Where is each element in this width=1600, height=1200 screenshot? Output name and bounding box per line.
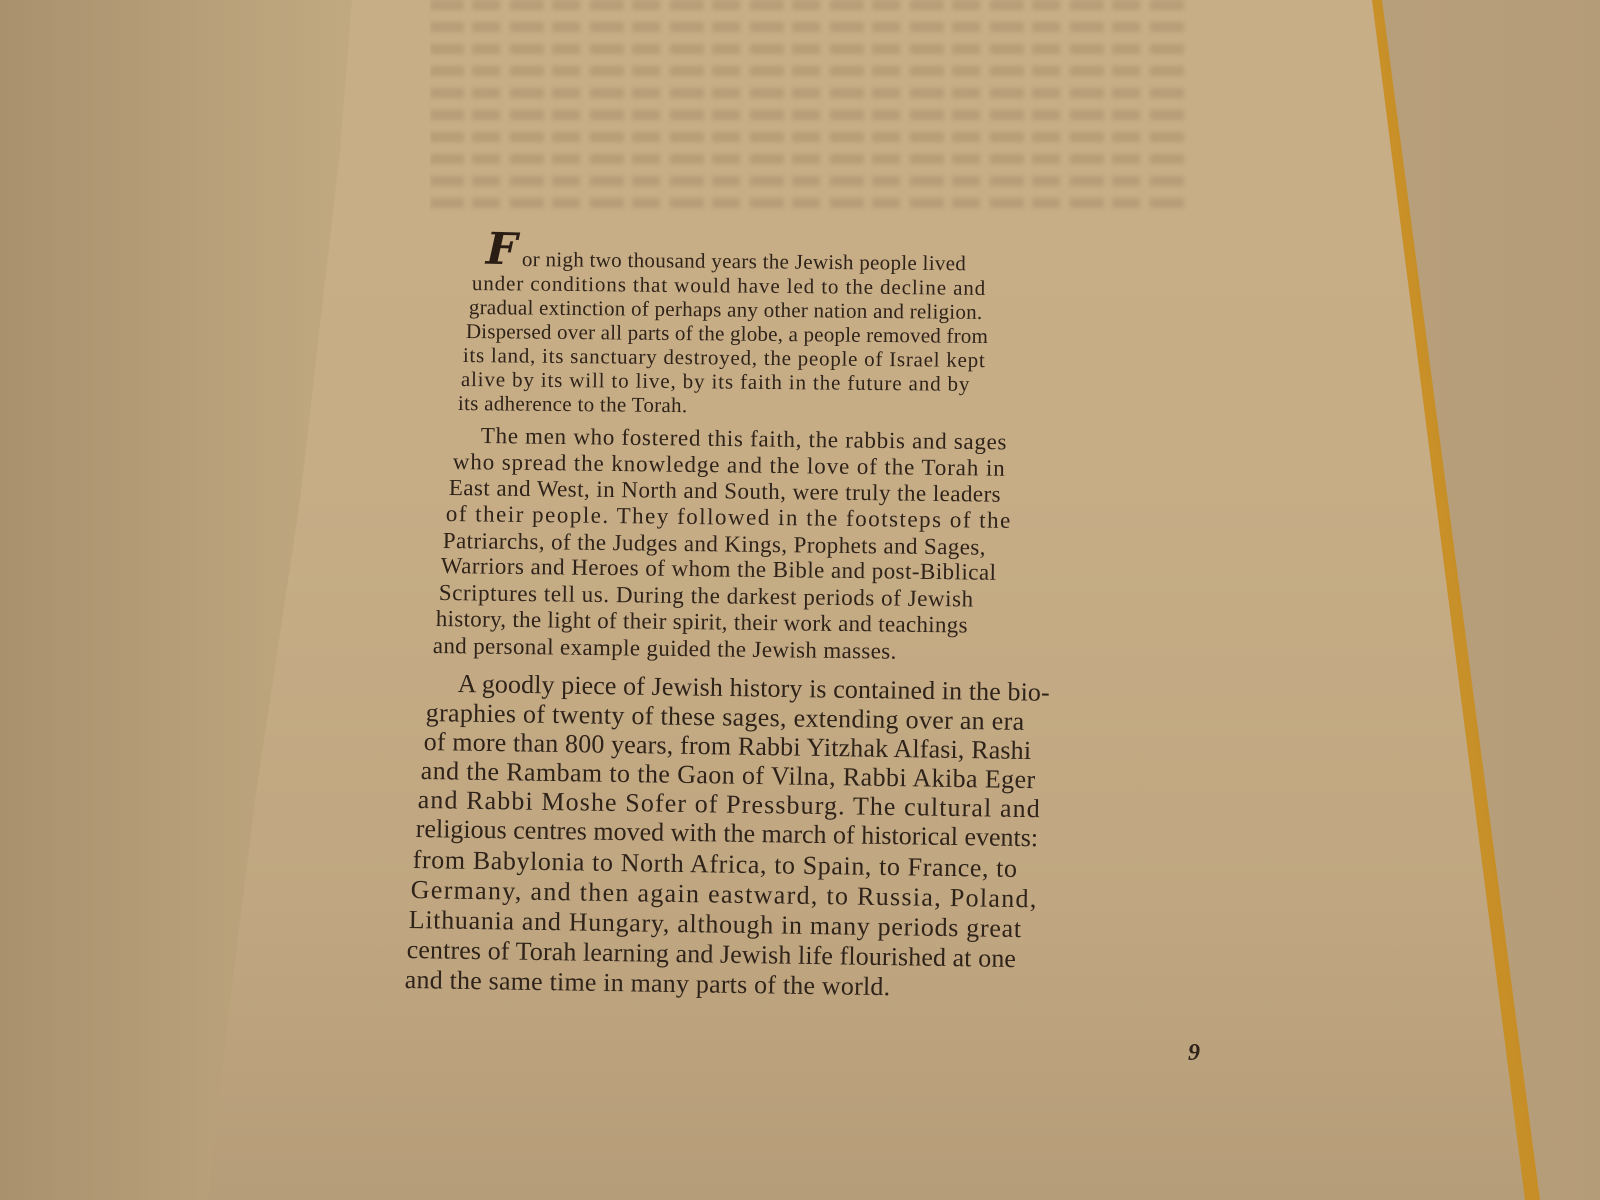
body-text: F or nigh two thousand years the Jewish … (0, 0, 1600, 1200)
text-line: and personal example guided the Jewish m… (433, 633, 897, 665)
text-line: its adherence to the Torah. (458, 391, 688, 418)
drop-cap: F (485, 224, 518, 276)
page-number: 9 (1188, 1040, 1200, 1067)
book-photo: F or nigh two thousand years the Jewish … (0, 0, 1600, 1200)
text-line: and the same time in many parts of the w… (405, 965, 891, 1002)
